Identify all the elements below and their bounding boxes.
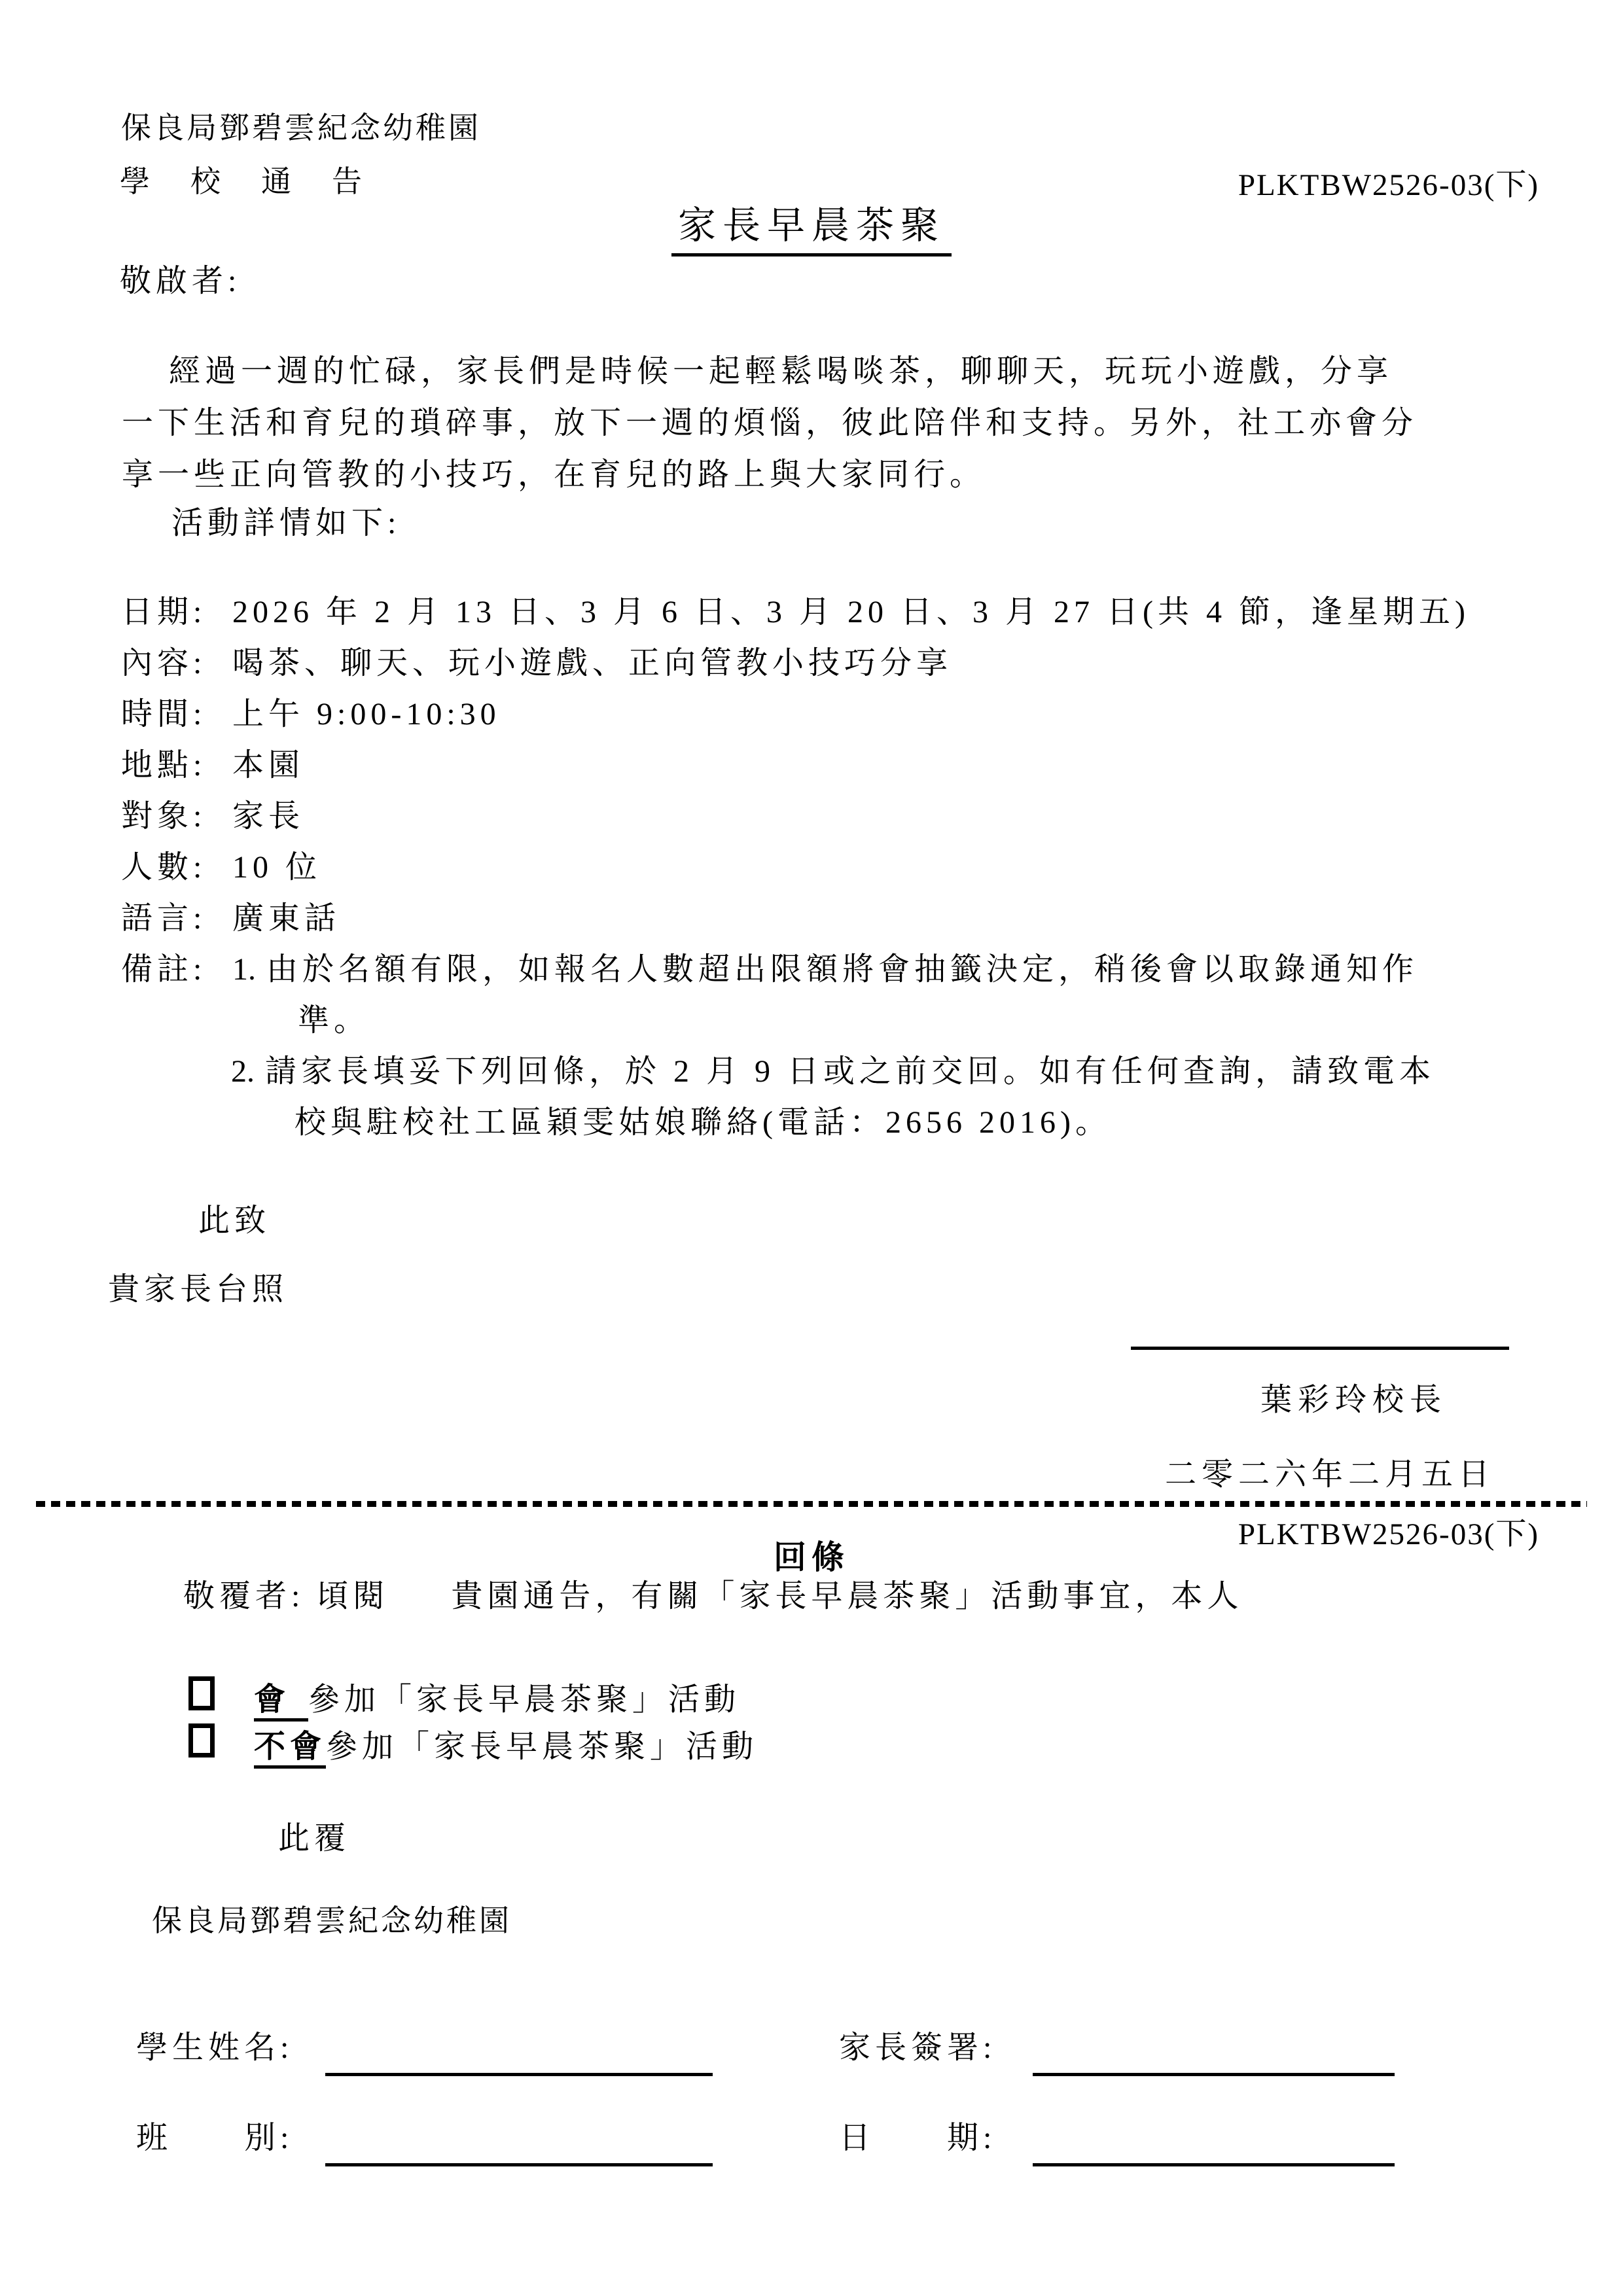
page-title: 家長早晨茶聚 xyxy=(671,204,952,256)
remark-1-continuation: 準。 xyxy=(298,1002,370,1038)
detail-value: 喝茶、聊天、玩小遊戲、正向管教小技巧分享 xyxy=(232,646,952,680)
option-emphasis: 不會 xyxy=(254,1729,326,1769)
remark-number: 2. xyxy=(231,1053,265,1089)
remark-text: 由於名額有限，如報名人數超出限額將會抽籤決定，稍後會以取錄通知作 xyxy=(266,952,1418,987)
detail-label: 內容: xyxy=(121,645,232,681)
option-will-attend[interactable]: 會參加「家長早晨茶聚」活動 xyxy=(188,1674,740,1719)
parent-signature-blank[interactable] xyxy=(1033,2035,1395,2076)
detail-value: 廣東話 xyxy=(232,901,340,936)
detail-value: 2026 年 2 月 13 日、3 月 6 日、3 月 20 日、3 月 27 … xyxy=(232,595,1470,629)
body-line: 一下生活和育兒的瑣碎事，放下一週的煩惱，彼此陪伴和支持。另外，社工亦會分 xyxy=(122,405,1418,441)
cut-dashed-divider xyxy=(36,1501,1587,1507)
detail-row-language: 語言:廣東話 xyxy=(121,900,340,936)
class-blank[interactable] xyxy=(325,2125,713,2166)
reply-salutation-prefix: 敬覆者: 頃閱 xyxy=(183,1579,389,1614)
option-rest: 參加「家長早晨茶聚」活動 xyxy=(308,1682,740,1717)
detail-row-time: 時間:上午 9:00-10:30 xyxy=(121,696,501,732)
body-line: 經過一週的忙碌，家長們是時候一起輕鬆喝啖茶，聊聊天，玩玩小遊戲，分享 xyxy=(169,353,1393,389)
class-label: 班 別: xyxy=(136,2120,293,2156)
option-text: 會參加「家長早晨茶聚」活動 xyxy=(254,1674,740,1719)
detail-value: 上午 9:00-10:30 xyxy=(232,697,501,732)
detail-label: 語言: xyxy=(121,900,232,936)
school-name: 保良局鄧碧雲紀念幼稚園 xyxy=(121,111,481,146)
parent-signature-label: 家長簽署: xyxy=(839,2030,996,2066)
body-line: 享一些正向管教的小技巧，在育兒的路上與大家同行。 xyxy=(122,457,986,493)
option-will-not-attend[interactable]: 不會參加「家長早晨茶聚」活動 xyxy=(188,1721,758,1766)
option-rest: 參加「家長早晨茶聚」活動 xyxy=(326,1729,758,1764)
remark-text: 請家長填妥下列回條，於 2 月 9 日或之前交回。如有任何查詢，請致電本 xyxy=(265,1054,1435,1089)
details-intro: 活動詳情如下: xyxy=(171,505,401,541)
student-name-blank[interactable] xyxy=(325,2035,713,2076)
issue-date: 二零二六年二月五日 xyxy=(1165,1457,1495,1492)
detail-label: 時間: xyxy=(121,696,232,732)
checkbox-will-not-attend[interactable] xyxy=(188,1723,215,1757)
detail-row-target: 對象:家長 xyxy=(121,798,304,834)
notice-page: 保良局鄧碧雲紀念幼稚園 學 校 通 告 PLKTBW2526-03(下) 家長早… xyxy=(0,0,1623,2296)
closing-phrase: 此致 xyxy=(198,1203,270,1239)
doc-type: 學 校 通 告 xyxy=(120,165,367,200)
principal-name: 葉彩玲校長 xyxy=(1260,1382,1447,1418)
detail-label: 日期: xyxy=(121,594,232,630)
addressee: 貴家長台照 xyxy=(108,1271,288,1307)
notice-title-row: 家長早晨茶聚 xyxy=(0,204,1623,256)
detail-label: 對象: xyxy=(121,798,232,834)
remarks-label: 備註: xyxy=(121,951,232,987)
ref-code: PLKTBW2526-03(下) xyxy=(1238,168,1539,203)
principal-signature-line[interactable] xyxy=(1131,1311,1509,1350)
detail-label: 地點: xyxy=(121,747,232,783)
detail-row-venue: 地點:本園 xyxy=(121,747,304,783)
detail-value: 10 位 xyxy=(232,850,321,885)
detail-row-content: 內容:喝茶、聊天、玩小遊戲、正向管教小技巧分享 xyxy=(121,645,952,681)
remark-row-2: 2.請家長填妥下列回條，於 2 月 9 日或之前交回。如有任何查詢，請致電本 xyxy=(231,1053,1435,1089)
student-name-label: 學生姓名: xyxy=(136,2030,293,2066)
remark-row-1: 備註:1.由於名額有限，如報名人數超出限額將會抽籤決定，稍後會以取錄通知作 xyxy=(121,951,1418,987)
salutation: 敬啟者: xyxy=(120,263,241,299)
detail-row-quota: 人數:10 位 xyxy=(121,849,321,885)
detail-row-date: 日期:2026 年 2 月 13 日、3 月 6 日、3 月 20 日、3 月 … xyxy=(121,594,1470,630)
reply-salutation: 敬覆者: 頃閱貴園通告，有關「家長早晨茶聚」活動事宜，本人 xyxy=(183,1578,1243,1614)
reply-heading-row: 回條 xyxy=(0,1539,1623,1577)
remark-2-continuation: 校與駐校社工區穎雯姑娘聯絡(電話：2656 2016)。 xyxy=(294,1104,1111,1140)
detail-value: 本園 xyxy=(232,748,304,783)
reply-heading: 回條 xyxy=(774,1539,849,1576)
date-label: 日 期: xyxy=(839,2120,996,2156)
checkbox-will-attend[interactable] xyxy=(188,1676,215,1710)
option-text: 不會參加「家長早晨茶聚」活動 xyxy=(254,1721,758,1766)
option-emphasis: 會 xyxy=(254,1682,308,1722)
detail-value: 家長 xyxy=(232,799,304,834)
date-blank[interactable] xyxy=(1033,2125,1395,2166)
reply-closing: 此覆 xyxy=(278,1820,350,1856)
reply-school-name: 保良局鄧碧雲紀念幼稚園 xyxy=(152,1904,512,1939)
remark-number: 1. xyxy=(232,951,266,987)
detail-label: 人數: xyxy=(121,849,232,885)
reply-salutation-rest: 貴園通告，有關「家長早晨茶聚」活動事宜，本人 xyxy=(451,1579,1243,1614)
